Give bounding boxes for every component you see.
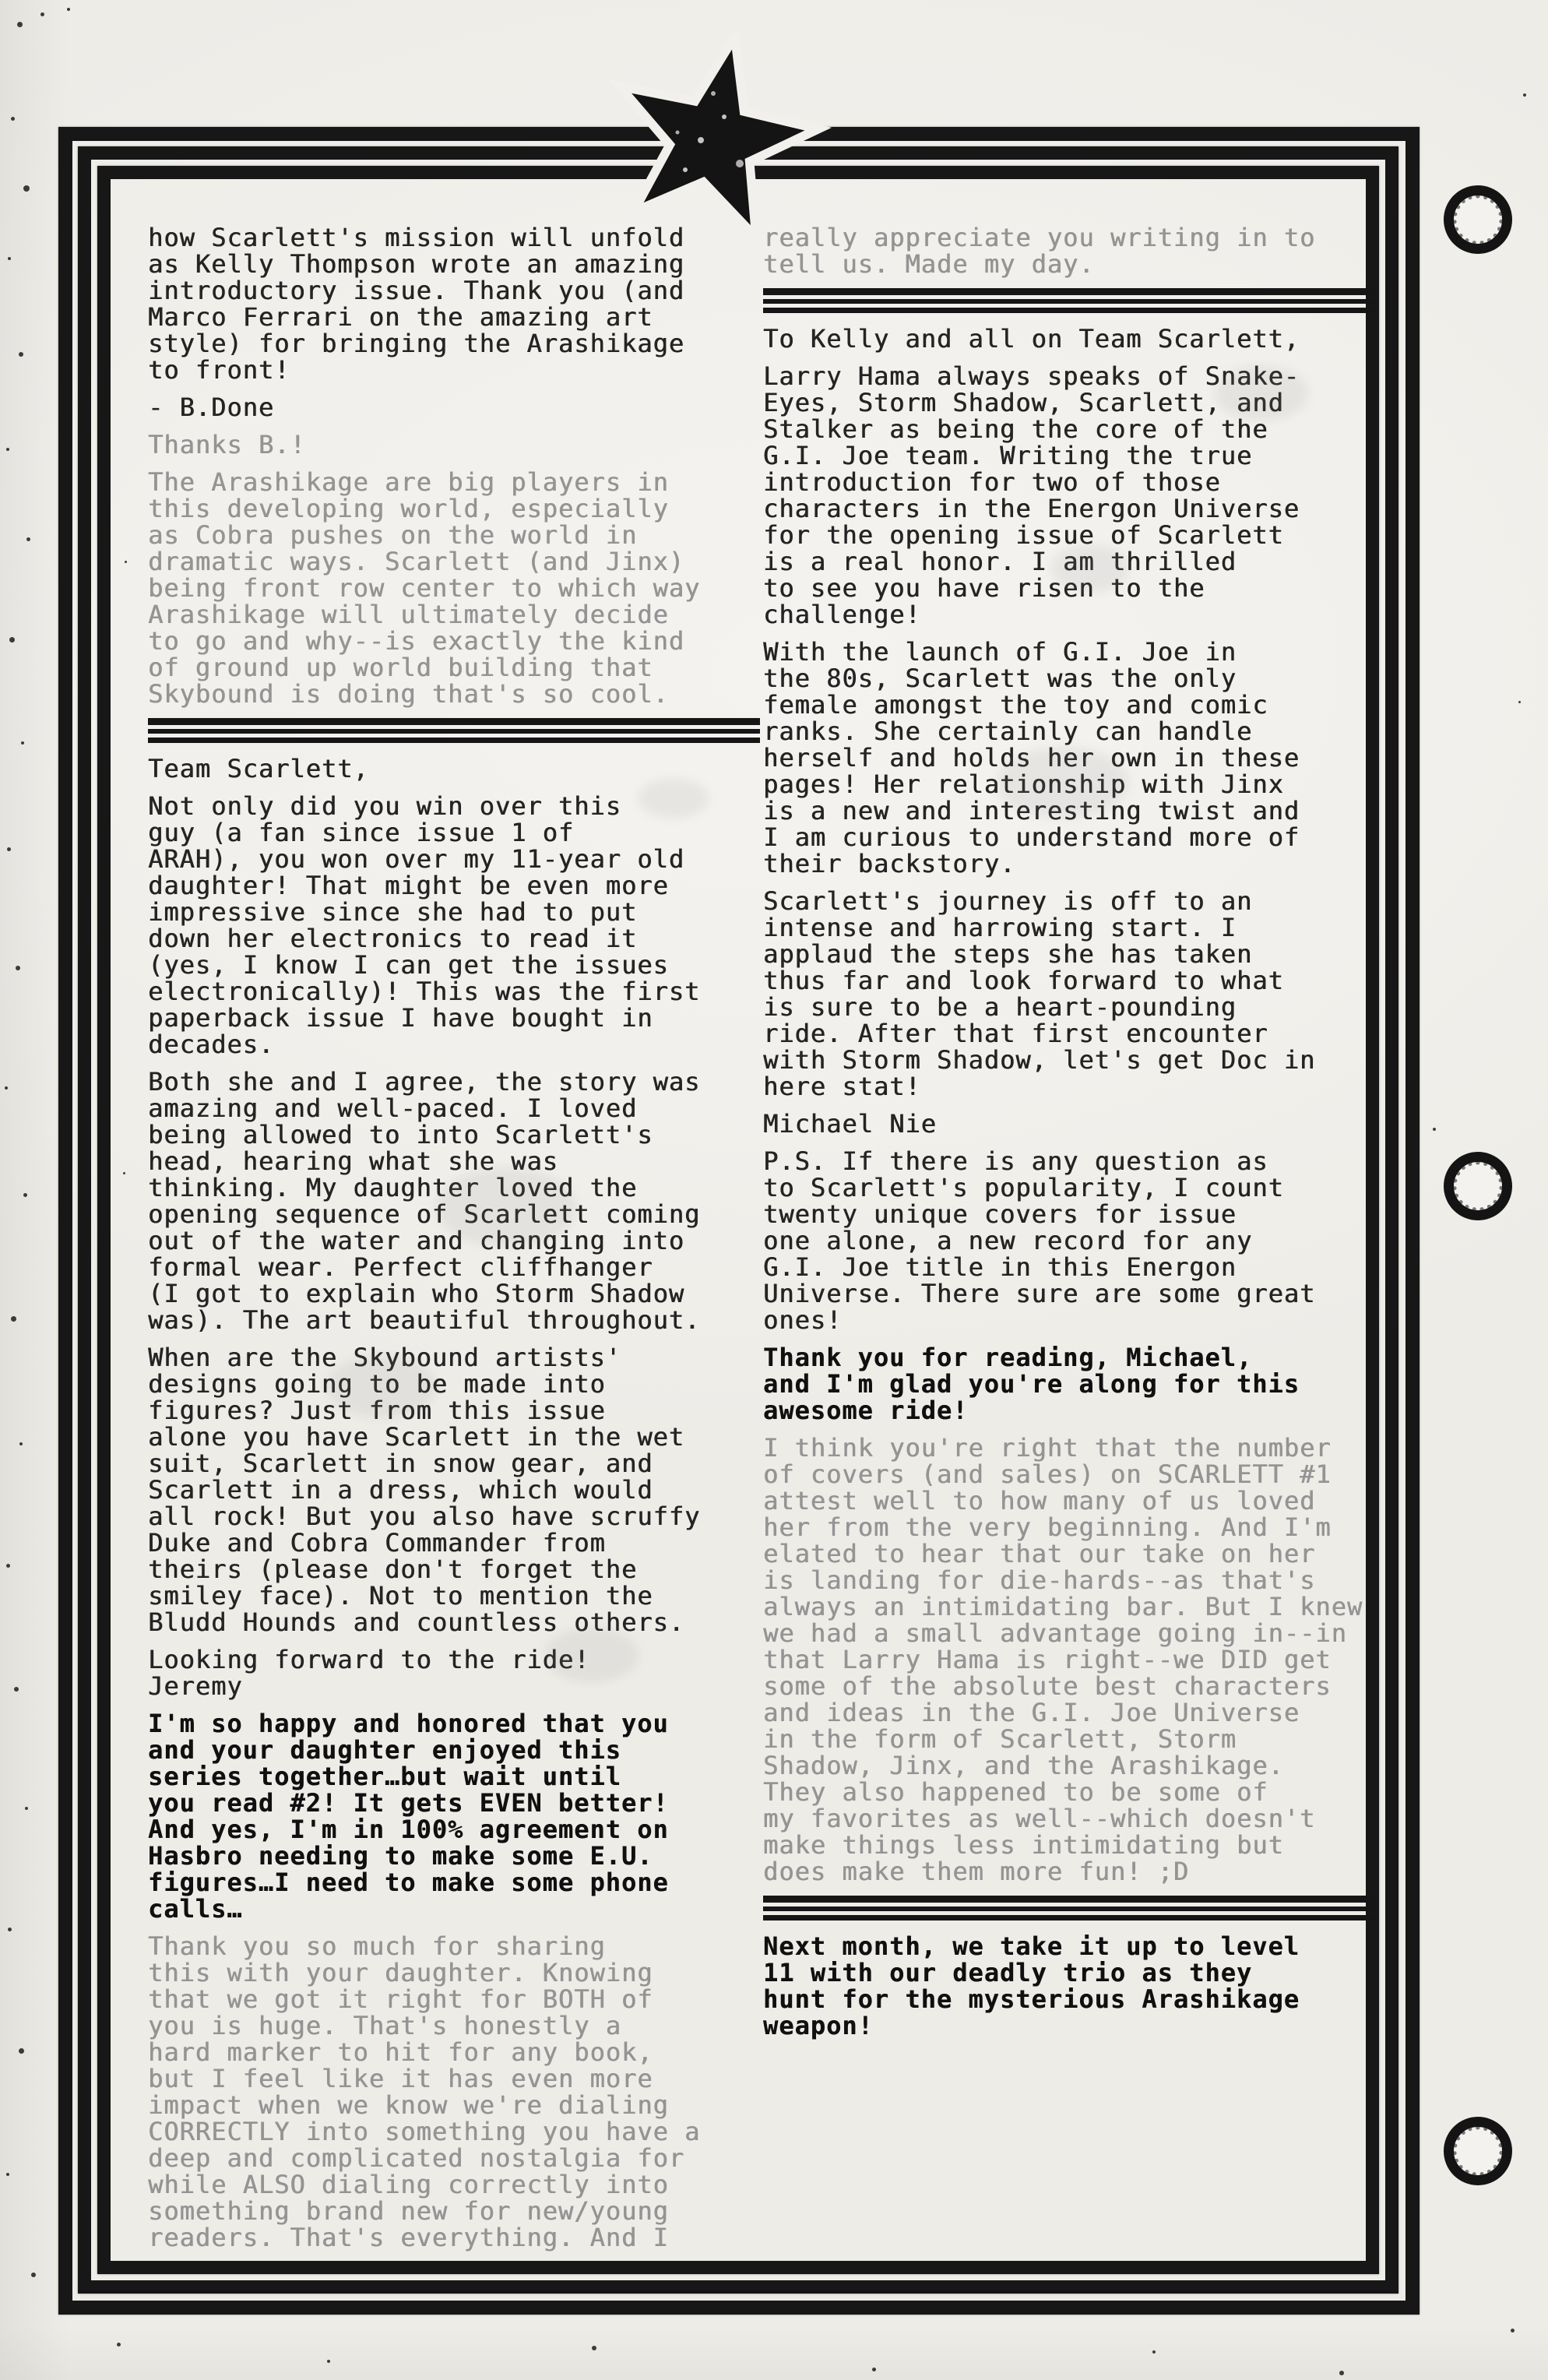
ink-speck	[123, 1172, 125, 1174]
letter-paragraph: To Kelly and all on Team Scarlett,	[763, 326, 1375, 352]
ink-speck	[40, 12, 44, 16]
letter-paragraph: Looking forward to the ride! Jeremy	[148, 1646, 760, 1699]
editor-response-lead: Next month, we take it up to level 11 wi…	[763, 1933, 1375, 2039]
ink-speck	[117, 2343, 121, 2347]
ink-speck	[6, 1564, 10, 1568]
ink-speck	[1152, 2350, 1156, 2354]
scan-smudge	[639, 779, 709, 818]
letter-paragraph: Team Scarlett,	[148, 755, 760, 782]
ink-speck	[6, 448, 9, 451]
ink-speck	[9, 637, 15, 643]
ink-speck	[19, 2048, 24, 2054]
letter-signature: Michael Nie	[763, 1111, 1375, 1137]
editor-response-lead: Thank you for reading, Michael, and I'm …	[763, 1344, 1375, 1424]
editor-response: I think you're right that the number of …	[763, 1435, 1375, 1885]
editor-response: Thank you so much for sharing this with …	[148, 1933, 760, 2251]
scan-smudge	[545, 1628, 639, 1682]
letter-paragraph: P.S. If there is any question as to Scar…	[763, 1148, 1375, 1333]
left-column: how Scarlett's mission will unfold as Ke…	[148, 224, 760, 2262]
editor-response: Thanks B.!	[148, 431, 760, 458]
ink-speck	[125, 561, 127, 563]
letter-paragraph: When are the Skybound artists' designs g…	[148, 1344, 760, 1635]
hole-punch-icon	[1444, 185, 1512, 254]
ink-speck	[6, 2173, 9, 2176]
scan-smudge	[1051, 545, 1129, 592]
editor-response: The Arashikage are big players in this d…	[148, 469, 760, 707]
hole-punch-icon	[1444, 2117, 1512, 2185]
ink-speck	[11, 117, 15, 121]
scan-smudge	[1215, 366, 1308, 421]
ink-speck	[872, 2368, 876, 2371]
scan-smudge	[997, 748, 1129, 818]
scan-smudge	[327, 1355, 436, 1417]
ink-speck	[26, 537, 30, 541]
ink-speck	[1511, 2329, 1515, 2332]
letter-paragraph: how Scarlett's mission will unfold as Ke…	[148, 224, 760, 383]
ink-speck	[327, 2360, 330, 2363]
hole-punch-icon	[1444, 1152, 1512, 1220]
ink-speck	[8, 1928, 12, 1931]
letter-paragraph: Not only did you win over this guy (a fa…	[148, 793, 760, 1058]
ink-speck	[1523, 93, 1526, 97]
ink-speck	[1518, 701, 1521, 703]
letters-page: how Scarlett's mission will unfold as Ke…	[0, 0, 1548, 2380]
ink-speck	[31, 2273, 36, 2277]
editor-response-lead: I'm so happy and honored that you and yo…	[148, 1710, 760, 1922]
ink-speck	[592, 2346, 596, 2350]
ink-speck	[19, 1442, 23, 1445]
ink-speck	[67, 8, 70, 11]
ink-speck	[23, 185, 30, 192]
scan-smudge	[436, 1168, 576, 1246]
ink-speck	[5, 1086, 8, 1090]
ink-speck	[17, 22, 23, 27]
star-icon	[600, 33, 841, 248]
ink-speck	[8, 257, 11, 260]
ink-speck	[23, 1193, 27, 1197]
ink-speck	[25, 1807, 28, 1810]
section-divider	[763, 288, 1375, 313]
right-column: really appreciate you writing in to tell…	[763, 224, 1375, 2050]
ink-speck	[21, 741, 24, 745]
ink-speck	[11, 1316, 16, 1322]
ink-speck	[19, 352, 23, 357]
ink-speck	[1339, 2371, 1344, 2375]
letter-paragraph: Scarlett's journey is off to an intense …	[763, 888, 1375, 1100]
letter-signature: - B.Done	[148, 394, 760, 421]
ink-speck	[7, 847, 11, 851]
ink-speck	[16, 966, 20, 970]
section-divider	[763, 1896, 1375, 1921]
section-divider	[148, 718, 760, 743]
ink-speck	[14, 1687, 19, 1692]
editor-response: really appreciate you writing in to tell…	[763, 224, 1375, 277]
ink-speck	[1433, 1128, 1436, 1131]
